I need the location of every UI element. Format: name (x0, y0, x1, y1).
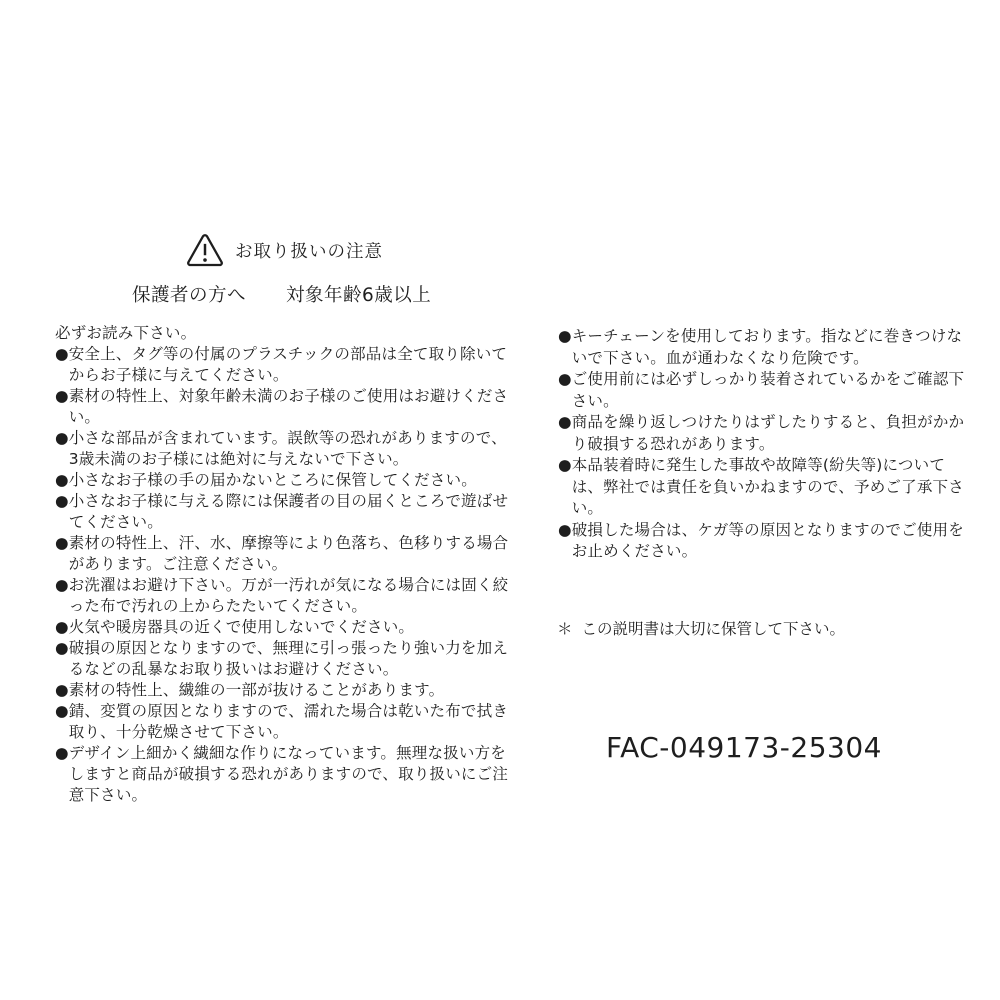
bullet-icon: ● (558, 369, 572, 412)
header: お取り扱いの注意 (186, 233, 383, 268)
instruction-sheet: お取り扱いの注意 保護者の方へ対象年齢6歳以上 必ずお読み下さい。 ● 安全上、… (0, 0, 1000, 1000)
precaution-item: ● デザイン上細かく繊細な作りになっています。無理な扱い方をしますと商品が破損す… (55, 743, 513, 806)
precaution-item: ● 本品装着時に発生した事故や故障等(紛失等)については、弊社では責任を負いかね… (558, 455, 972, 520)
precaution-text: デザイン上細かく繊細な作りになっています。無理な扱い方をしますと商品が破損する恐… (69, 743, 513, 806)
bullet-icon: ● (55, 575, 69, 617)
bullet-icon: ● (558, 326, 572, 369)
precaution-text: 素材の特性上、繊維の一部が抜けることがあります。 (69, 680, 513, 701)
precaution-item: ● 破損した場合は、ケガ等の原因となりますのでご使用をお止めください。 (558, 520, 972, 563)
precaution-text: キーチェーンを使用しております。指などに巻きつけないで下さい。血が通わなくなり危… (572, 326, 972, 369)
bullet-icon: ● (55, 344, 69, 386)
product-code: FAC-049173-25304 (558, 731, 930, 764)
precaution-item: ● キーチェーンを使用しております。指などに巻きつけないで下さい。血が通わなくな… (558, 326, 972, 369)
bullet-icon: ● (55, 386, 69, 428)
precaution-item: ● ご使用前には必ずしっかり装着されているかをご確認下さい。 (558, 369, 972, 412)
precaution-item: ● 素材の特性上、汗、水、摩擦等により色落ち、色移りする場合があります。ご注意く… (55, 533, 513, 575)
precaution-text: 火気や暖房器具の近くで使用しないでください。 (69, 617, 513, 638)
bullet-icon: ● (55, 533, 69, 575)
bullet-icon: ● (558, 455, 572, 520)
bullet-icon: ● (55, 470, 69, 491)
precaution-text: 破損の原因となりますので、無理に引っ張ったり強い力を加えるなどの乱暴なお取り扱い… (69, 638, 513, 680)
precaution-text: 錆、変質の原因となりますので、濡れた場合は乾いた布で拭き取り、十分乾燥させて下さ… (69, 701, 513, 743)
precaution-text: 素材の特性上、汗、水、摩擦等により色落ち、色移りする場合があります。ご注意くださ… (69, 533, 513, 575)
precaution-text: 本品装着時に発生した事故や故障等(紛失等)については、弊社では責任を負いかねます… (572, 455, 972, 520)
keep-manual-note: ＊この説明書は大切に保管して下さい。 (557, 617, 845, 639)
precaution-item: ● 破損の原因となりますので、無理に引っ張ったり強い力を加えるなどの乱暴なお取り… (55, 638, 513, 680)
precaution-text: ご使用前には必ずしっかり装着されているかをご確認下さい。 (572, 369, 972, 412)
precaution-text: 安全上、タグ等の付属のプラスチックの部品は全て取り除いてからお子様に与えてくださ… (69, 344, 513, 386)
asterisk-marker: ＊ (557, 620, 573, 638)
left-column: 必ずお読み下さい。 ● 安全上、タグ等の付属のプラスチックの部品は全て取り除いて… (55, 323, 513, 806)
precaution-item: ● 小さなお子様の手の届かないところに保管してください。 (55, 470, 513, 491)
precaution-text: 小さな部品が含まれています。誤飲等の恐れがありますので、3歳未満のお子様には絶対… (69, 428, 513, 470)
precaution-item: ● 小さな部品が含まれています。誤飲等の恐れがありますので、3歳未満のお子様には… (55, 428, 513, 470)
warning-triangle-icon (186, 233, 224, 268)
precaution-text: 商品を繰り返しつけたりはずしたりすると、負担がかかり破損する恐れがあります。 (572, 412, 972, 455)
bullet-icon: ● (55, 701, 69, 743)
precaution-text: お洗濯はお避け下さい。万が一汚れが気になる場合には固く絞った布で汚れの上からたた… (69, 575, 513, 617)
bullet-icon: ● (55, 491, 69, 533)
bullet-icon: ● (558, 412, 572, 455)
audience-label: 保護者の方へ (132, 285, 246, 306)
intro-line: 必ずお読み下さい。 (55, 323, 513, 344)
precaution-item: ● 安全上、タグ等の付属のプラスチックの部品は全て取り除いてからお子様に与えてく… (55, 344, 513, 386)
precaution-item: ● 商品を繰り返しつけたりはずしたりすると、負担がかかり破損する恐れがあります。 (558, 412, 972, 455)
precaution-text: 破損した場合は、ケガ等の原因となりますのでご使用をお止めください。 (572, 520, 972, 563)
precaution-text: 素材の特性上、対象年齢未満のお子様のご使用はお避けください。 (69, 386, 513, 428)
bullet-icon: ● (55, 428, 69, 470)
subheader: 保護者の方へ対象年齢6歳以上 (132, 281, 431, 307)
bullet-icon: ● (55, 617, 69, 638)
precaution-text: 小さなお子様の手の届かないところに保管してください。 (69, 470, 513, 491)
header-title: お取り扱いの注意 (235, 238, 383, 263)
precaution-text: 小さなお子様に与える際には保護者の目の届くところで遊ばせてください。 (69, 491, 513, 533)
bullet-icon: ● (55, 680, 69, 701)
bullet-icon: ● (558, 520, 572, 563)
precaution-item: ● 火気や暖房器具の近くで使用しないでください。 (55, 617, 513, 638)
right-column: ● キーチェーンを使用しております。指などに巻きつけないで下さい。血が通わなくな… (558, 326, 972, 563)
precaution-item: ● お洗濯はお避け下さい。万が一汚れが気になる場合には固く絞った布で汚れの上から… (55, 575, 513, 617)
precaution-item: ● 素材の特性上、繊維の一部が抜けることがあります。 (55, 680, 513, 701)
precaution-item: ● 錆、変質の原因となりますので、濡れた場合は乾いた布で拭き取り、十分乾燥させて… (55, 701, 513, 743)
precaution-item: ● 素材の特性上、対象年齢未満のお子様のご使用はお避けください。 (55, 386, 513, 428)
bullet-icon: ● (55, 743, 69, 806)
precaution-item: ● 小さなお子様に与える際には保護者の目の届くところで遊ばせてください。 (55, 491, 513, 533)
age-label: 対象年齢6歳以上 (286, 285, 431, 306)
note-text: この説明書は大切に保管して下さい。 (582, 620, 846, 638)
bullet-icon: ● (55, 638, 69, 680)
